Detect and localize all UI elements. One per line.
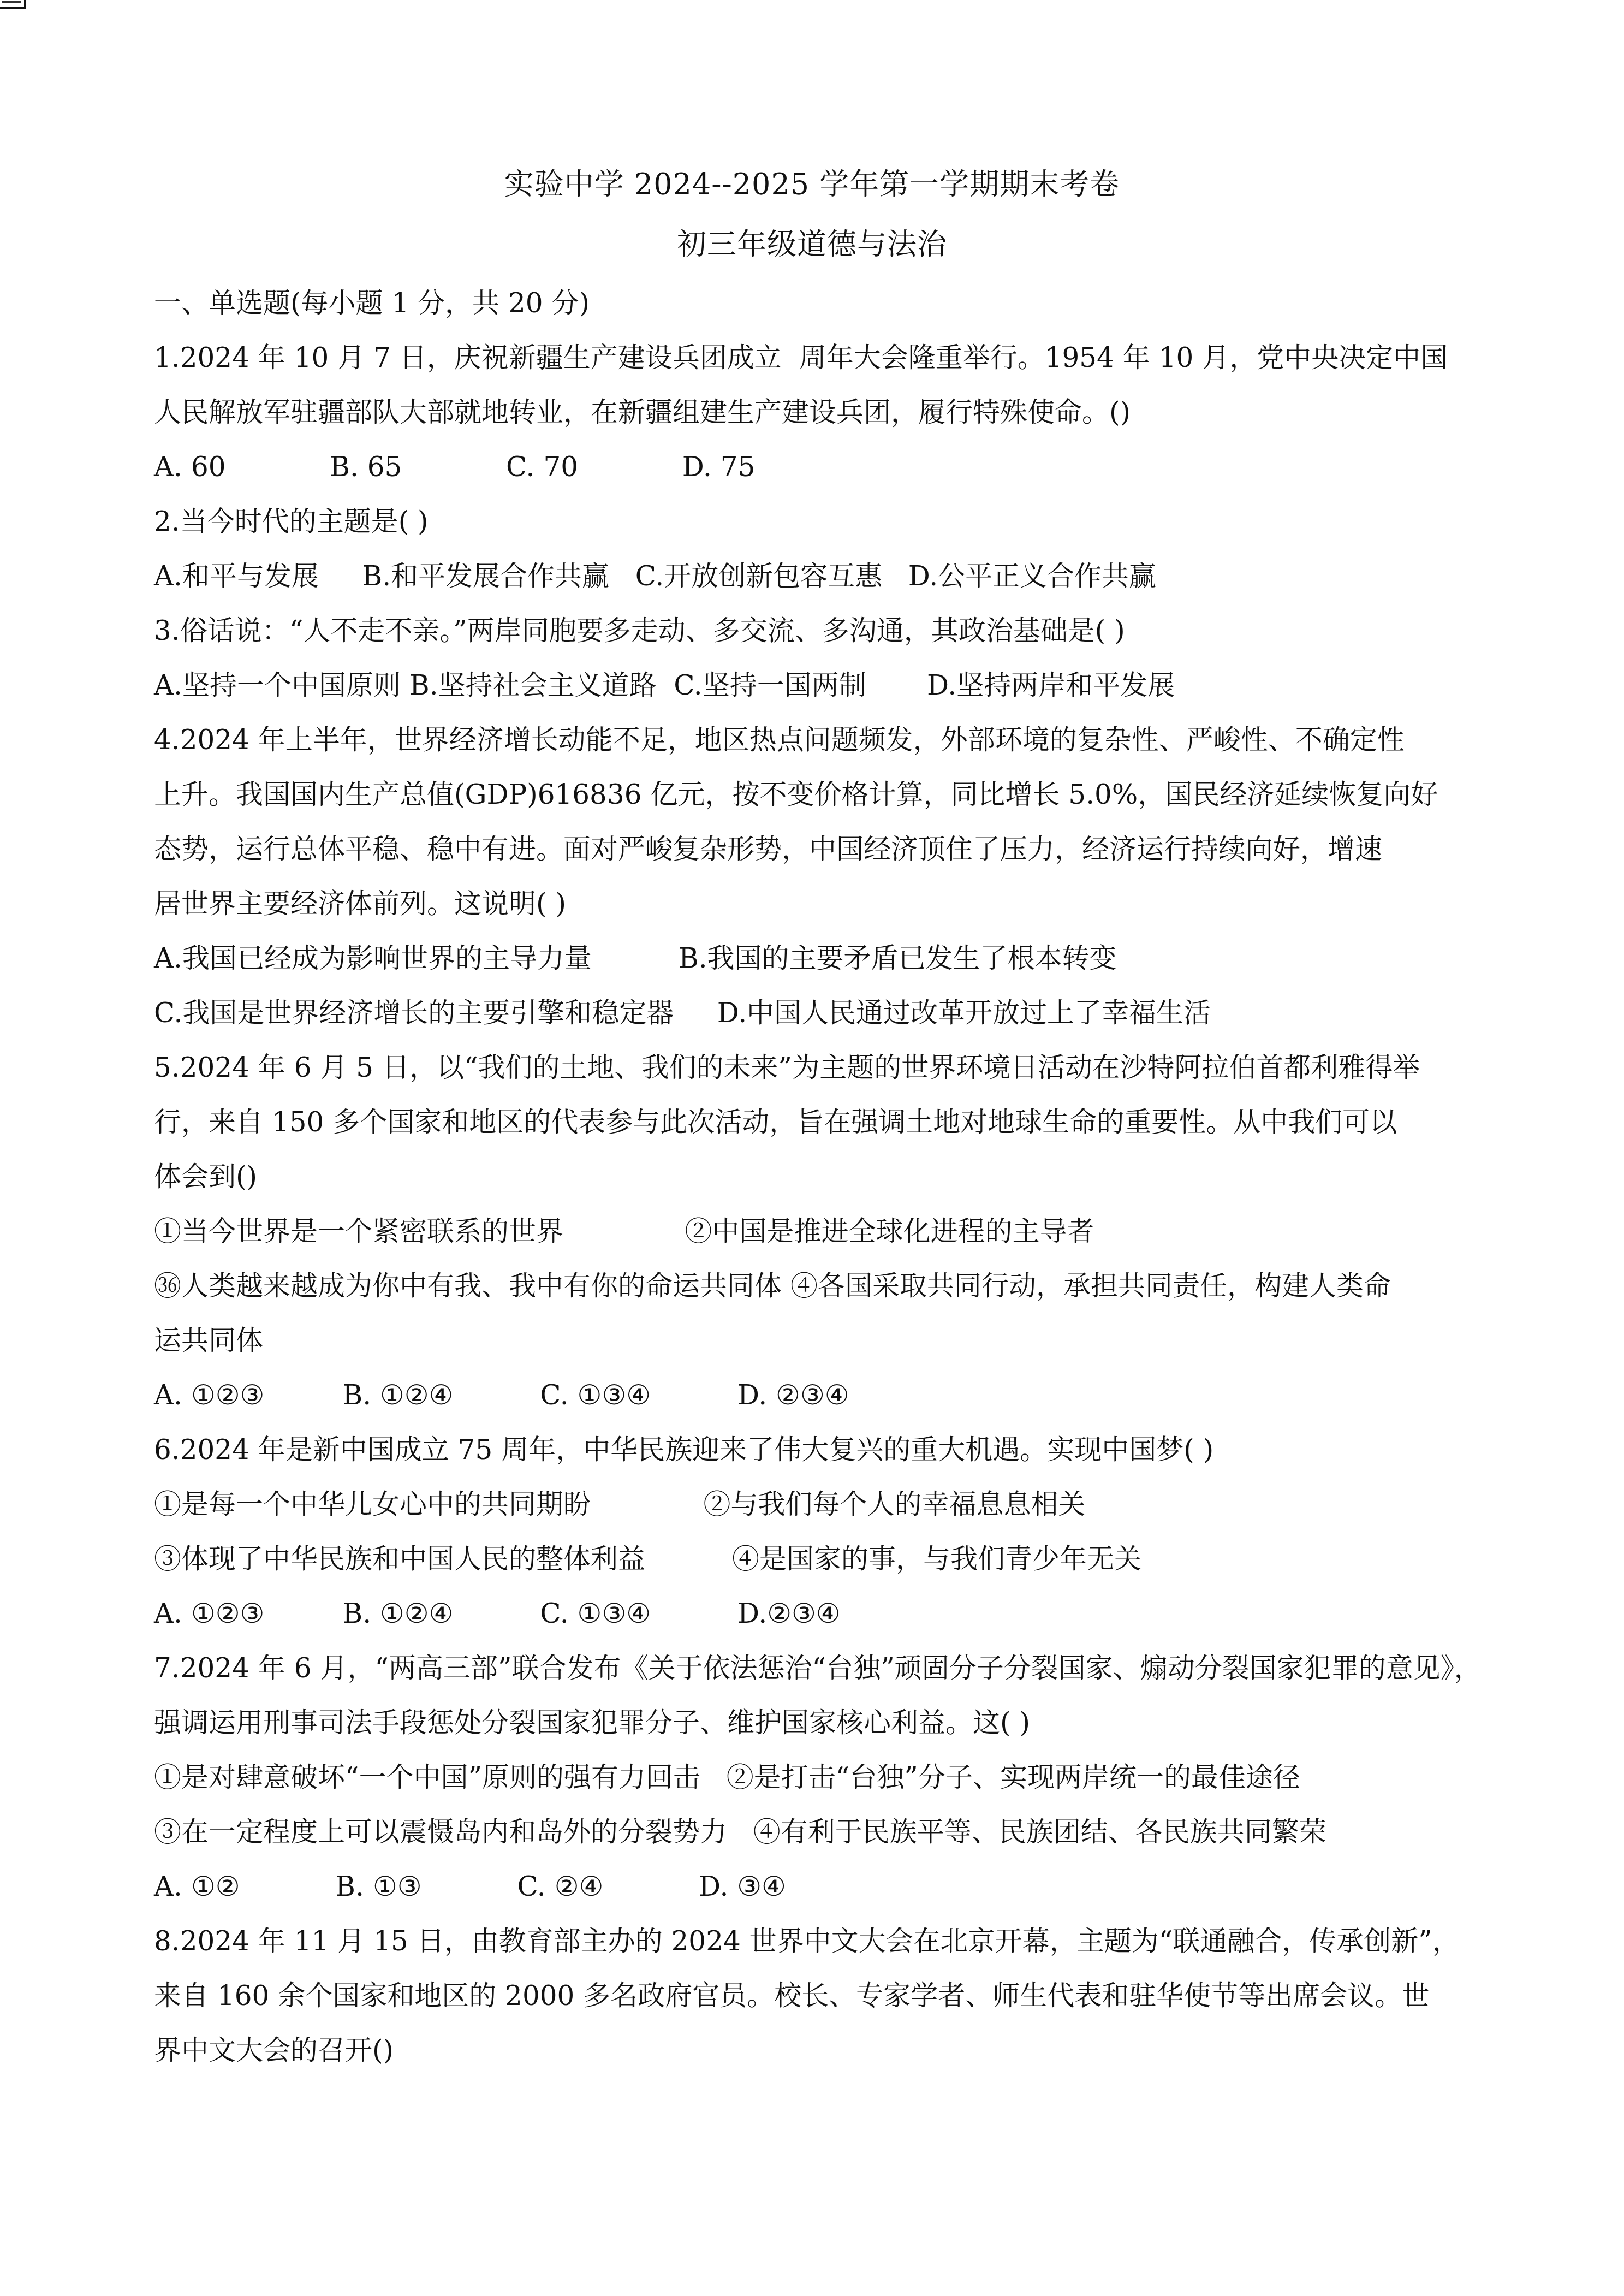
exam-title: 实验中学 2024--2025 学年第一学期期末考卷 xyxy=(0,161,1624,203)
question-4-options-line-2: C.我国是世界经济增长的主要引擎和稳定器 D.中国人民通过改革开放过上了幸福生活 xyxy=(154,996,1211,1029)
question-7-statement-line-1: ①是对肆意破坏“一个中国”原则的强有力回击 ②是打击“台独”分子、实现两岸统一的… xyxy=(154,1761,1300,1794)
exam-subtitle: 初三年级道德与法治 xyxy=(0,221,1624,263)
question-5-statement-line-2: ㊱人类越来越成为你中有我、我中有你的命运共同体 ④各国采取共同行动，承担共同责任… xyxy=(154,1269,1391,1302)
question-6-statement-line-1: ①是每一个中华儿女心中的共同期盼 ②与我们每个人的幸福息息相关 xyxy=(154,1488,1086,1521)
question-2-stem: 2.当今时代的主题是( ) xyxy=(154,505,429,538)
section-heading: 一、单选题(每小题 1 分，共 20 分) xyxy=(154,287,590,319)
question-5-statement-line-3: 运共同体 xyxy=(154,1324,263,1357)
question-3-options: A.坚持一个中国原则 B.坚持社会主义道路 C.坚持一国两制 D.坚持两岸和平发… xyxy=(154,669,1175,702)
question-6-options: A. ①②③ B. ①②④ C. ①③④ D.②③④ xyxy=(154,1597,841,1630)
question-4-options-line-1: A.我国已经成为影响世界的主导力量 B.我国的主要矛盾已发生了根本转变 xyxy=(154,942,1117,975)
question-7-statement-line-2: ③在一定程度上可以震慑岛内和岛外的分裂势力 ④有利于民族平等、民族团结、各民族共… xyxy=(154,1816,1326,1848)
question-8-stem-line-2: 来自 160 余个国家和地区的 2000 多名政府官员。校长、专家学者、师生代表… xyxy=(154,1979,1429,2012)
question-7-stem-line-1: 7.2024 年 6 月，“两高三部”联合发布《关于依法惩治“台独”顽固分子分裂… xyxy=(154,1652,1482,1684)
question-1-options: A. 60 B. 65 C. 70 D. 75 xyxy=(154,450,755,483)
question-4-stem-line-2: 上升。我国国内生产总值(GDP)616836 亿元，按不变价格计算，同比增长 5… xyxy=(154,778,1438,811)
question-4-stem-line-1: 4.2024 年上半年，世界经济增长动能不足，地区热点问题频发，外部环境的复杂性… xyxy=(154,723,1405,756)
question-2-options: A.和平与发展 B.和平发展合作共赢 C.开放创新包容互惠 D.公平正义合作共赢 xyxy=(154,560,1156,592)
question-5-stem-line-2: 行，来自 150 多个国家和地区的代表参与此次活动，旨在强调土地对地球生命的重要… xyxy=(154,1106,1397,1138)
question-6-statement-line-2: ③体现了中华民族和中国人民的整体利益 ④是国家的事，与我们青少年无关 xyxy=(154,1542,1141,1575)
question-5-stem-line-1: 5.2024 年 6 月 5 日，以“我们的土地、我们的未来”为主题的世界环境日… xyxy=(154,1051,1420,1084)
question-4-stem-line-3: 态势，运行总体平稳、稳中有进。面对严峻复杂形势，中国经济顶住了压力，经济运行持续… xyxy=(154,833,1382,865)
question-6-stem: 6.2024 年是新中国成立 75 周年，中华民族迎来了伟大复兴的重大机遇。实现… xyxy=(154,1433,1213,1466)
question-5-options: A. ①②③ B. ①②④ C. ①③④ D. ②③④ xyxy=(154,1379,849,1411)
question-7-stem-line-2: 强调运用刑事司法手段惩处分裂国家犯罪分子、维护国家核心利益。这( ) xyxy=(154,1706,1030,1739)
question-4-stem-line-4: 居世界主要经济体前列。这说明( ) xyxy=(154,887,566,920)
question-7-options: A. ①② B. ①③ C. ②④ D. ③④ xyxy=(154,1870,786,1903)
question-8-stem-line-3: 界中文大会的召开() xyxy=(154,2034,394,2067)
question-1-stem-line-2: 人民解放军驻疆部队大部就地转业，在新疆组建生产建设兵团，履行特殊使命。() xyxy=(154,396,1131,429)
question-3-stem: 3.俗话说：“人不走不亲。”两岸同胞要多走动、多交流、多沟通，其政治基础是( ) xyxy=(154,614,1125,647)
question-5-statement-line-1: ①当今世界是一个紧密联系的世界 ②中国是推进全球化进程的主导者 xyxy=(154,1215,1094,1248)
question-8-stem-line-1: 8.2024 年 11 月 15 日，由教育部主办的 2024 世界中文大会在北… xyxy=(154,1925,1460,1957)
question-1-stem-line-1: 1.2024 年 10 月 7 日，庆祝新疆生产建设兵团成立 周年大会隆重举行。… xyxy=(154,341,1448,374)
question-5-stem-line-3: 体会到() xyxy=(154,1160,257,1193)
corner-registration-mark xyxy=(0,0,26,9)
